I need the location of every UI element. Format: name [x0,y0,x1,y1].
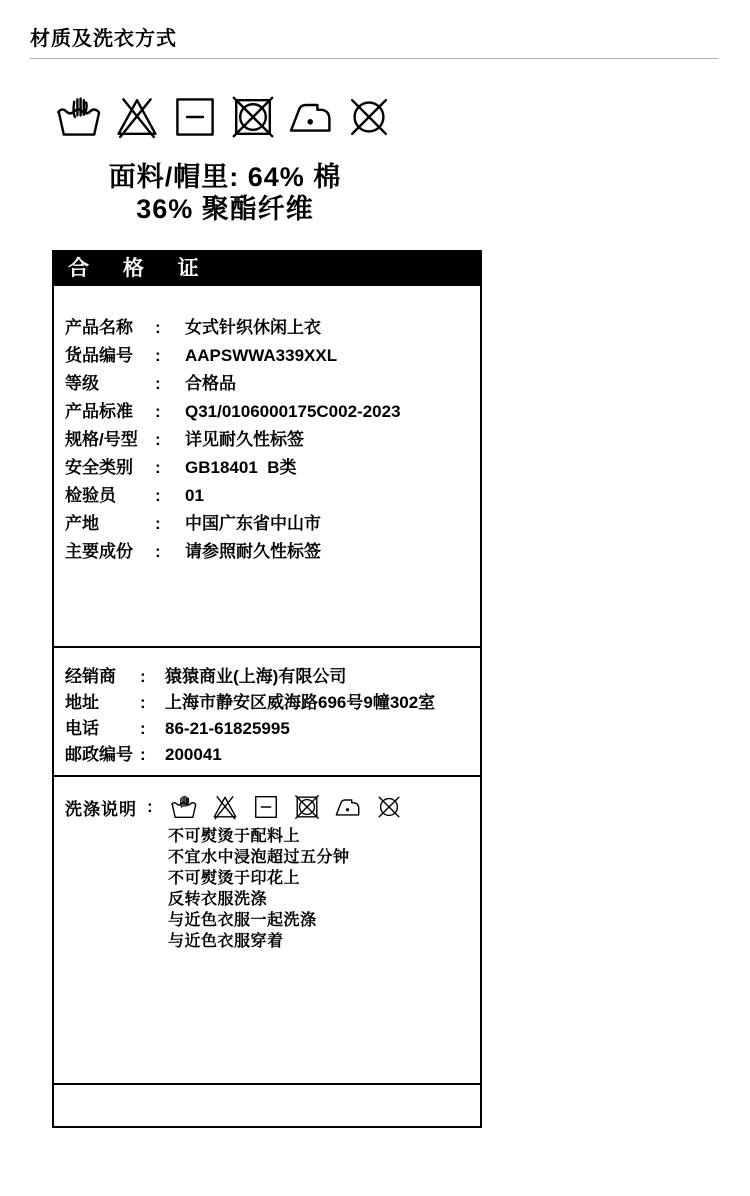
distributor-row: 经销商 : 猿猿商业(上海)有限公司 [65,664,480,690]
product-info-row: 产品标准 : Q31/0106000175C002-2023 [65,398,480,426]
field-colon: : [155,538,167,566]
field-label: 规格/号型 [65,426,155,454]
field-colon: : [155,370,167,398]
product-info-row: 产地 : 中国广东省中山市 [65,510,480,538]
washing-instruction: 反转衣服洗涤 [168,889,480,910]
hand-wash-icon [55,93,103,141]
field-label: 电话 [65,716,140,742]
washing-instruction: 与近色衣服一起洗涤 [168,910,480,931]
field-colon: : [155,482,167,510]
washing-instruction: 不可熨烫于配料上 [168,826,480,847]
field-colon: : [140,690,152,716]
washing-colon: : [147,797,153,817]
certificate-header: 合 格 证 [54,252,480,286]
product-detail-page: 材质及洗衣方式 面料/帽里: 64% 棉 36% 聚酯纤维 合 格 证 产品名称… [0,0,750,1196]
washing-instruction: 不宜水中浸泡超过五分钟 [168,847,480,868]
field-label: 检验员 [65,482,155,510]
field-colon: : [155,510,167,538]
product-info-row: 货品编号 : AAPSWWA339XXL [65,342,480,370]
field-value: 请参照耐久性标签 [185,538,321,566]
do-not-dry-clean-icon [375,793,403,821]
empty-section [54,1083,480,1126]
field-value: 200041 [165,742,222,768]
do-not-dry-clean-icon [345,93,393,141]
field-colon: : [140,716,152,742]
certificate-box: 合 格 证 产品名称 : 女式针织休闲上衣 货品编号 : AAPSWWA339X… [52,250,482,1128]
field-value: 合格品 [185,370,236,398]
product-info-row: 等级 : 合格品 [65,370,480,398]
hand-wash-icon [170,793,198,821]
iron-low-heat-icon [334,793,362,821]
field-label: 邮政编号 [65,742,140,768]
product-info-row: 规格/号型 : 详见耐久性标签 [65,426,480,454]
field-value: 详见耐久性标签 [185,426,304,454]
field-label: 产品标准 [65,398,155,426]
field-value: 01 [185,482,204,510]
field-value: GB18401 B类 [185,454,297,482]
field-label: 经销商 [65,664,140,690]
fabric-composition: 面料/帽里: 64% 棉 36% 聚酯纤维 [0,161,450,225]
field-label: 产品名称 [65,314,155,342]
field-colon: : [155,398,167,426]
fabric-line-2: 36% 聚酯纤维 [0,193,450,225]
product-info-row: 主要成份 : 请参照耐久性标签 [65,538,480,566]
field-colon: : [155,454,167,482]
field-colon: : [155,426,167,454]
product-info-row: 检验员 : 01 [65,482,480,510]
section-title: 材质及洗衣方式 [30,22,177,51]
field-value: AAPSWWA339XXL [185,342,337,370]
field-colon: : [140,664,152,690]
distributor-row: 地址 : 上海市静安区威海路696号9幢302室 [65,690,480,716]
care-icons-row [55,93,393,141]
field-value: 女式针织休闲上衣 [185,314,321,342]
do-not-tumble-dry-icon [229,93,277,141]
field-value: 上海市静安区威海路696号9幢302室 [165,690,435,716]
field-label: 产地 [65,510,155,538]
distributor-row: 邮政编号 : 200041 [65,742,480,768]
washing-instruction: 不可熨烫于印花上 [168,868,480,889]
field-value: 猿猿商业(上海)有限公司 [165,664,346,690]
dry-flat-icon [171,93,219,141]
field-label: 地址 [65,690,140,716]
field-label: 主要成份 [65,538,155,566]
do-not-tumble-dry-icon [293,793,321,821]
iron-low-heat-icon [287,93,335,141]
dry-flat-icon [252,793,280,821]
field-value: 86-21-61825995 [165,716,290,742]
field-colon: : [155,314,167,342]
field-label: 等级 [65,370,155,398]
field-colon: : [140,742,152,768]
washing-instructions: 不可熨烫于配料上 不宜水中浸泡超过五分钟 不可熨烫于印花上 反转衣服洗涤 与近色… [168,826,480,952]
washing-icons-row [170,793,403,821]
washing-section: 洗涤说明 : 不可熨烫于配料上 不宜水中浸泡超过五分钟 不可熨烫于印花上 反转衣… [54,775,480,1083]
washing-label: 洗涤说明 [65,795,137,820]
field-label: 货品编号 [65,342,155,370]
field-value: Q31/0106000175C002-2023 [185,398,401,426]
do-not-bleach-icon [211,793,239,821]
washing-instruction: 与近色衣服穿着 [168,931,480,952]
field-colon: : [155,342,167,370]
washing-header: 洗涤说明 : [65,791,480,823]
do-not-bleach-icon [113,93,161,141]
distributor-row: 电话 : 86-21-61825995 [65,716,480,742]
distributor-section: 经销商 : 猿猿商业(上海)有限公司 地址 : 上海市静安区威海路696号9幢3… [54,646,480,775]
field-value: 中国广东省中山市 [185,510,321,538]
fabric-line-1: 面料/帽里: 64% 棉 [0,161,450,193]
product-info-section: 产品名称 : 女式针织休闲上衣 货品编号 : AAPSWWA339XXL 等级 … [54,286,480,646]
field-label: 安全类别 [65,454,155,482]
product-info-row: 产品名称 : 女式针织休闲上衣 [65,314,480,342]
title-underline [30,58,718,59]
product-info-row: 安全类别 : GB18401 B类 [65,454,480,482]
